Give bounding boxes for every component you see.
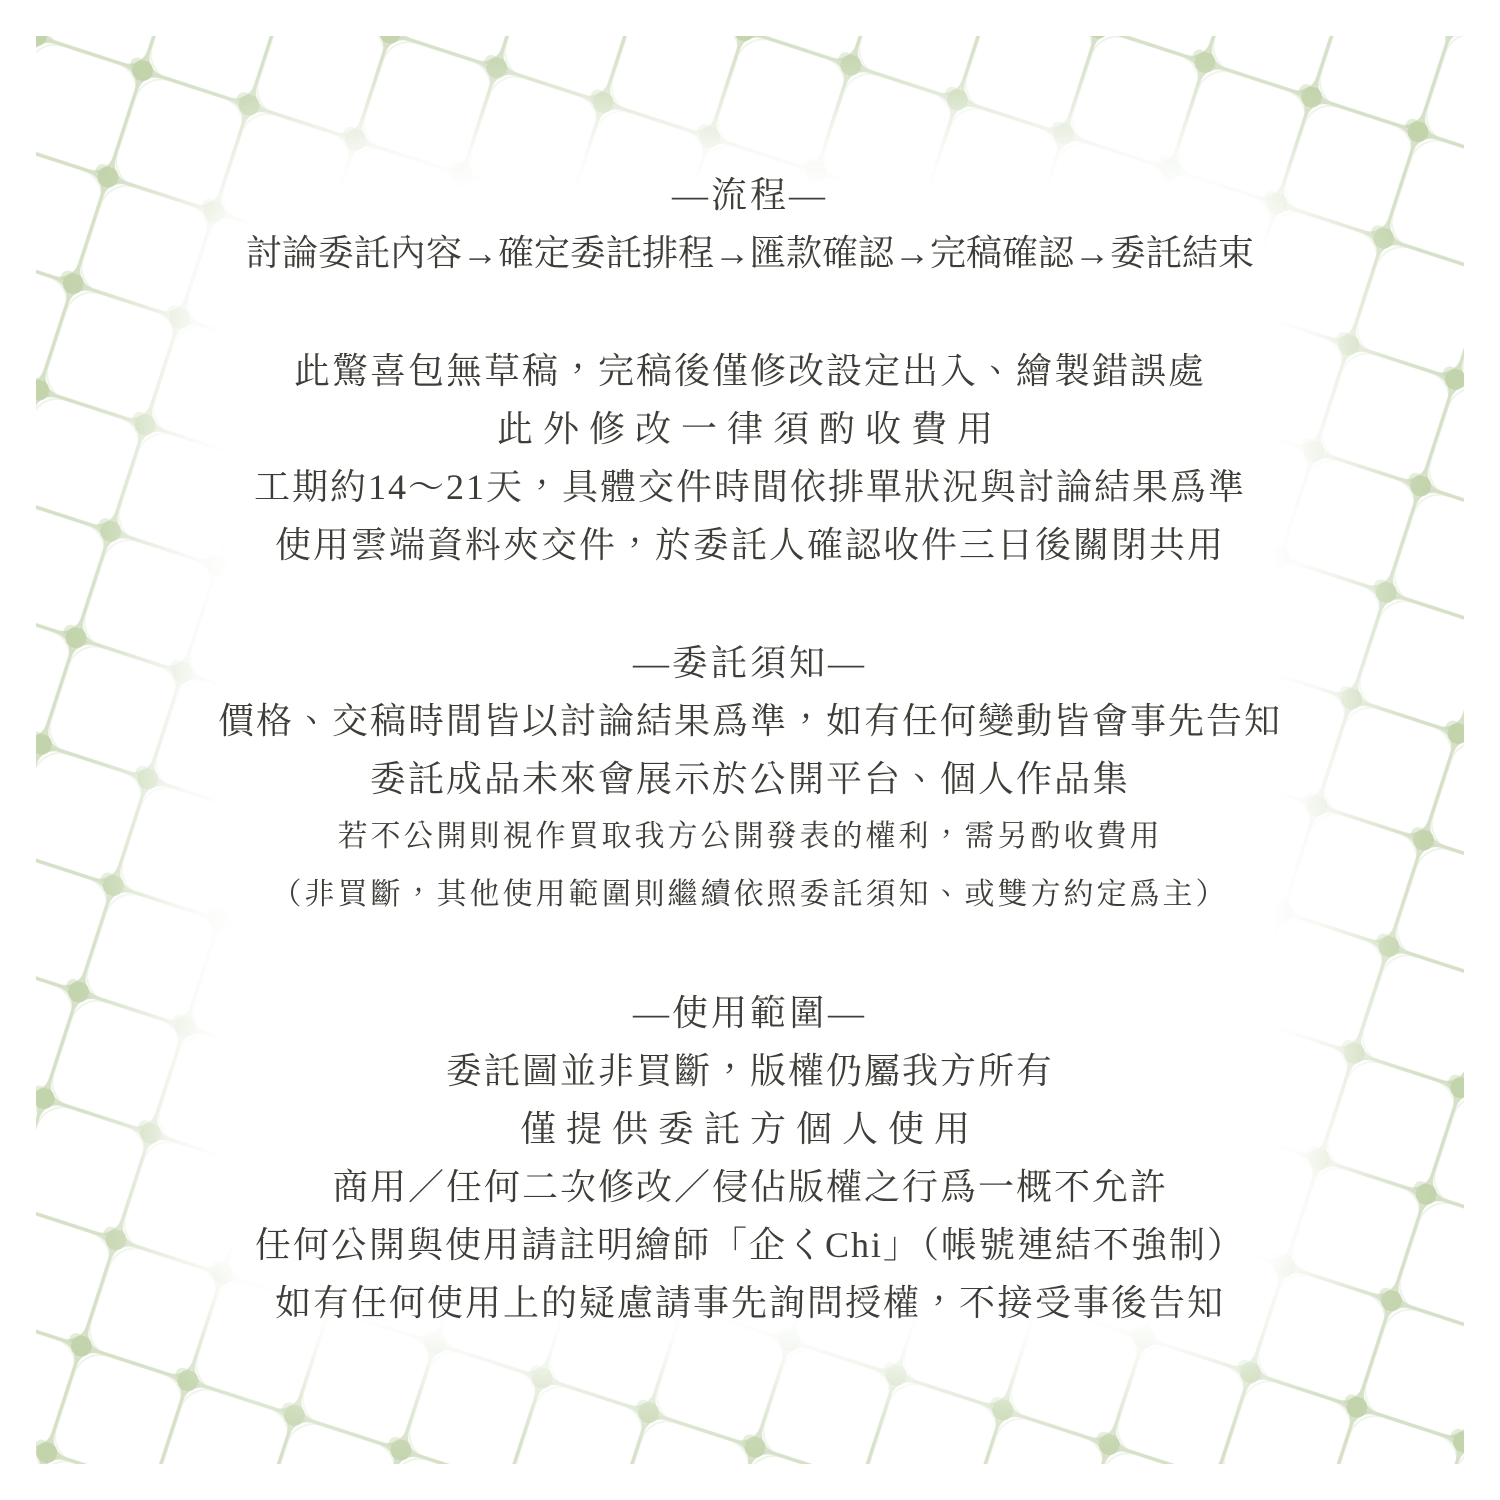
section-usage-scope: —使用範圍— 委託圖並非買斷，版權仍屬我方所有 僅提供委託方個人使用 商用／任何… [0, 984, 1500, 1332]
delivery-note: 使用雲端資料夾交件，於委託人確認收件三日後關閉共用 [0, 516, 1500, 574]
authorization-note: 如有任何使用上的疑慮請事先詢問授權，不接受事後告知 [0, 1274, 1500, 1332]
commission-info-sheet: —流程— 討論委託內容→確定委託排程→匯款確認→完稿確認→委託結束 此驚喜包無草… [0, 0, 1500, 1500]
process-section-title: —流程— [0, 166, 1500, 224]
copyright-ownership-note: 委託圖並非買斷，版權仍屬我方所有 [0, 1042, 1500, 1100]
artist-credit-note: 任何公開與使用請註明繪師「企くChi」（帳號連結不強制） [0, 1216, 1500, 1274]
section-production-notes: 此驚喜包無草稿，完稿後僅修改設定出入、繪製錯誤處 此外修改一律須酌收費用 工期約… [0, 342, 1500, 574]
personal-use-note: 僅提供委託方個人使用 [0, 1100, 1500, 1158]
non-public-fee-note: 若不公開則視作買取我方公開發表的權利，需另酌收費用 [0, 808, 1500, 866]
commission-notice-title: —委託須知— [0, 634, 1500, 692]
non-buyout-clarification-note: （非買斷，其他使用範圍則繼續依照委託須知、或雙方約定爲主） [0, 866, 1500, 924]
revision-fee-note: 此外修改一律須酌收費用 [0, 400, 1500, 458]
process-flow-line: 討論委託內容→確定委託排程→匯款確認→完稿確認→委託結束 [0, 224, 1500, 282]
section-process: —流程— 討論委託內容→確定委託排程→匯款確認→完稿確認→委託結束 [0, 166, 1500, 282]
timeline-note: 工期約14～21天，具體交件時間依排單狀況與討論結果爲準 [0, 458, 1500, 516]
terms-content: —流程— 討論委託內容→確定委託排程→匯款確認→完稿確認→委託結束 此驚喜包無草… [0, 166, 1500, 1332]
prohibited-use-note: 商用／任何二次修改／侵佔版權之行爲一概不允許 [0, 1158, 1500, 1216]
usage-scope-title: —使用範圍— [0, 984, 1500, 1042]
public-showcase-note: 委託成品未來會展示於公開平台、個人作品集 [0, 750, 1500, 808]
price-agreement-note: 價格、交稿時間皆以討論結果爲準，如有任何變動皆會事先告知 [0, 692, 1500, 750]
no-draft-note: 此驚喜包無草稿，完稿後僅修改設定出入、繪製錯誤處 [0, 342, 1500, 400]
section-commission-notice: —委託須知— 價格、交稿時間皆以討論結果爲準，如有任何變動皆會事先告知 委託成品… [0, 634, 1500, 924]
